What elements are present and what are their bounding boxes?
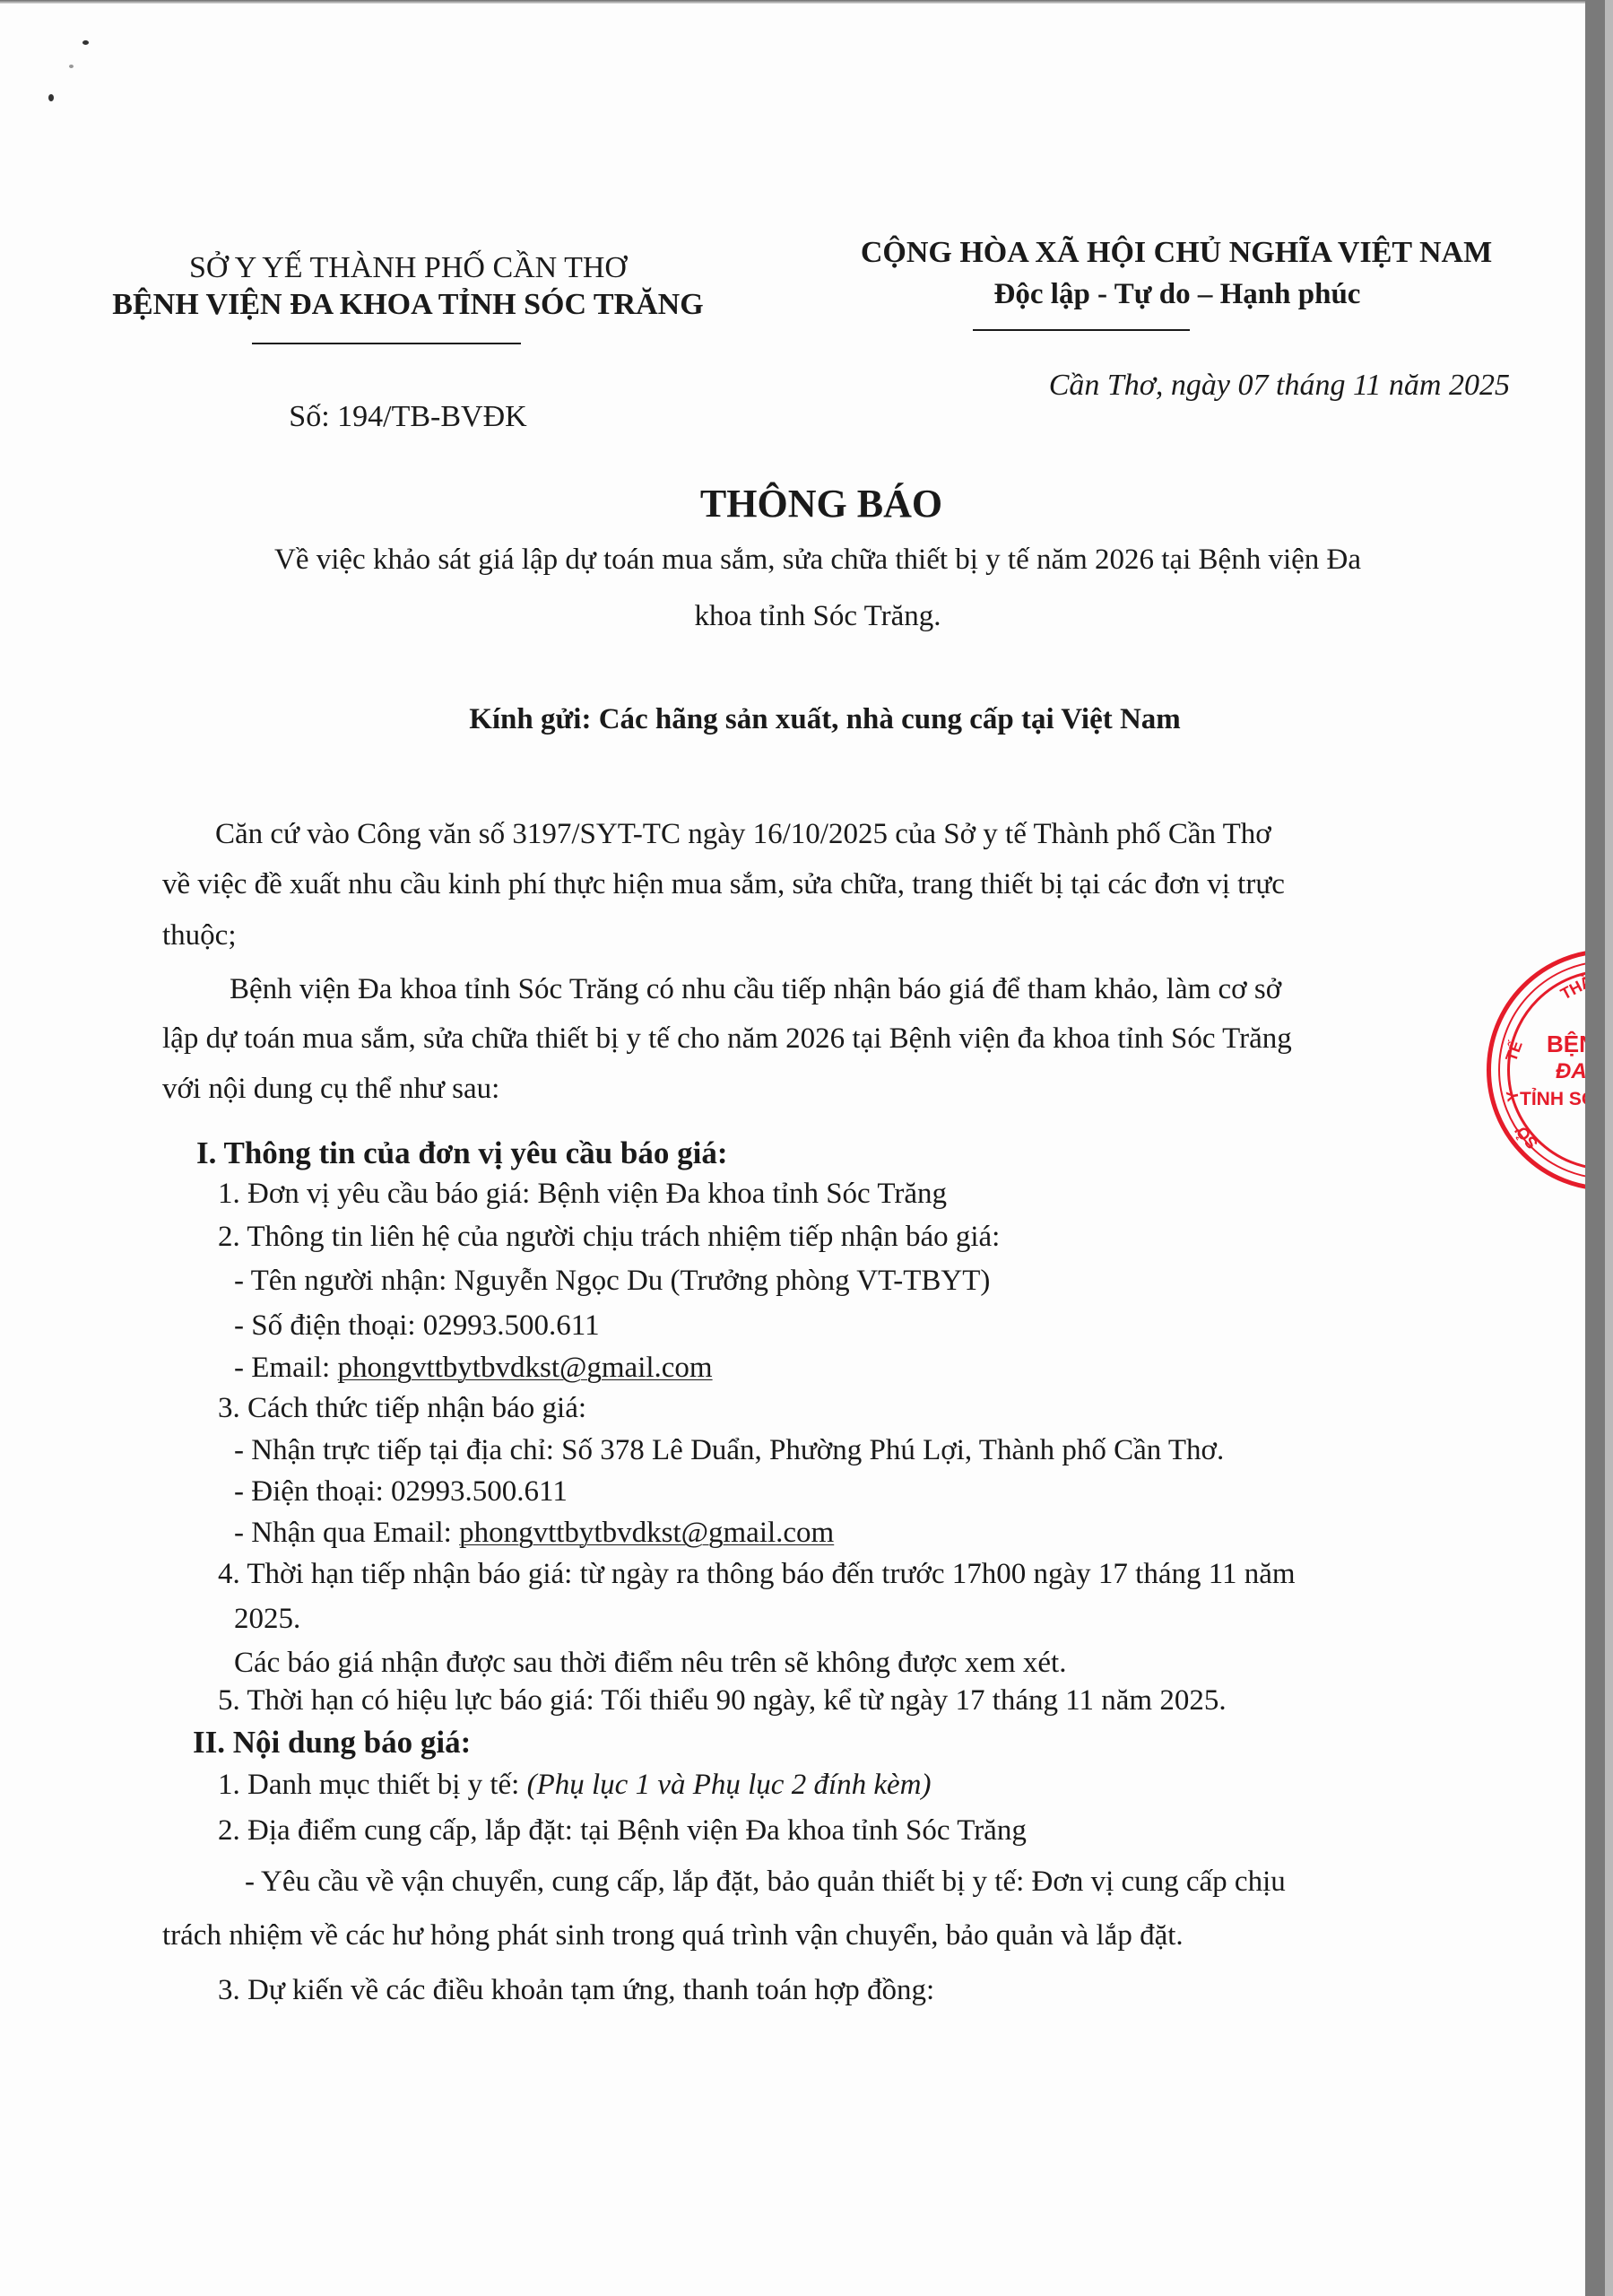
- section-1-item-2: 2. Thông tin liên hệ của người chịu trác…: [218, 1222, 1000, 1252]
- appendix-reference: (Phụ lục 1 và Phụ lục 2 đính kèm): [527, 1769, 932, 1801]
- intro-line: lập dự toán mua sắm, sửa chữa thiết bị y…: [162, 1024, 1292, 1054]
- section-2-item-1: 1. Danh mục thiết bị y tế: (Phụ lục 1 và…: [218, 1770, 931, 1800]
- late-submission-note: Các báo giá nhận được sau thời điểm nêu …: [234, 1648, 1066, 1678]
- department-name: SỞ Y YẾ THÀNH PHỐ CẦN THƠ: [189, 253, 627, 283]
- section-1-item-5: 5. Thời hạn có hiệu lực báo giá: Tối thi…: [218, 1686, 1227, 1716]
- intro-line: thuộc;: [162, 921, 236, 951]
- receive-email-row: - Nhận qua Email: phongvttbytbvdkst@gmai…: [234, 1518, 834, 1548]
- header-left-underline: [252, 343, 521, 344]
- section-1-item-3: 3. Cách thức tiếp nhận báo giá:: [218, 1394, 586, 1423]
- section-1-item-1: 1. Đơn vị yêu cầu báo giá: Bệnh viện Đa …: [218, 1179, 947, 1209]
- intro-line: về việc đề xuất nhu cầu kinh phí thực hi…: [162, 870, 1285, 900]
- receive-address: - Nhận trực tiếp tại địa chỉ: Số 378 Lê …: [234, 1436, 1224, 1465]
- hospital-name: BỆNH VIỆN ĐA KHOA TỈNH SÓC TRĂNG: [112, 290, 703, 320]
- intro-line: Căn cứ vào Công văn số 3197/SYT-TC ngày …: [215, 820, 1271, 849]
- section-1-item-4-cont: 2025.: [234, 1605, 300, 1634]
- intro-line: Bệnh viện Đa khoa tỉnh Sóc Trăng có nhu …: [230, 975, 1281, 1004]
- recipient-line: Kính gửi: Các hãng sản xuất, nhà cung cấ…: [469, 705, 1181, 735]
- subtitle-line-2: khoa tỉnh Sóc Trăng.: [694, 602, 941, 631]
- contact-email-row: - Email: phongvttbytbvdkst@gmail.com: [234, 1353, 713, 1383]
- contact-email-label: - Email:: [234, 1352, 337, 1384]
- document-title: THÔNG BÁO: [700, 484, 942, 524]
- section-2-heading: II. Nội dung báo giá:: [193, 1726, 471, 1758]
- scan-speck: [48, 94, 54, 101]
- subtitle-line-1: Về việc khảo sát giá lập dự toán mua sắm…: [274, 545, 1361, 575]
- scan-speck: [69, 65, 74, 68]
- delivery-requirement-line-1: - Yêu cầu về vận chuyển, cung cấp, lắp đ…: [245, 1867, 1286, 1897]
- issue-date: Cần Thơ, ngày 07 tháng 11 năm 2025: [1049, 370, 1510, 401]
- scan-speck: [82, 40, 89, 45]
- section-2-item-1-label: 1. Danh mục thiết bị y tế:: [218, 1769, 527, 1801]
- scan-right-edge-light: [1605, 0, 1613, 2296]
- header-right-underline: [973, 329, 1190, 331]
- receive-email-link[interactable]: phongvttbytbvdkst@gmail.com: [459, 1517, 834, 1549]
- section-2-item-3: 3. Dự kiến về các điều khoản tạm ứng, th…: [218, 1976, 934, 2005]
- section-1-item-4: 4. Thời hạn tiếp nhận báo giá: từ ngày r…: [218, 1560, 1296, 1589]
- receive-email-label: - Nhận qua Email:: [234, 1517, 459, 1549]
- stamp-line-2: ĐA: [1556, 1061, 1587, 1083]
- section-2-item-2: 2. Địa điểm cung cấp, lắp đặt: tại Bệnh …: [218, 1816, 1027, 1846]
- receive-phone: - Điện thoại: 02993.500.611: [234, 1477, 568, 1507]
- country-name: CỘNG HÒA XÃ HỘI CHỦ NGHĨA VIỆT NAM: [861, 238, 1492, 268]
- section-1-heading: I. Thông tin của đơn vị yêu cầu báo giá:: [196, 1137, 728, 1169]
- contact-name: - Tên người nhận: Nguyễn Ngọc Du (Trưởng…: [234, 1266, 990, 1296]
- contact-phone: - Số điện thoại: 02993.500.611: [234, 1311, 600, 1341]
- contact-email-link[interactable]: phongvttbytbvdkst@gmail.com: [337, 1352, 712, 1384]
- delivery-requirement-line-2: trách nhiệm về các hư hỏng phát sinh tro…: [162, 1921, 1184, 1951]
- national-motto: Độc lập - Tự do – Hạnh phúc: [994, 280, 1361, 309]
- intro-line: với nội dung cụ thể như sau:: [162, 1074, 499, 1104]
- scan-top-edge: [0, 0, 1613, 4]
- document-number: Số: 194/TB-BVĐK: [289, 402, 526, 432]
